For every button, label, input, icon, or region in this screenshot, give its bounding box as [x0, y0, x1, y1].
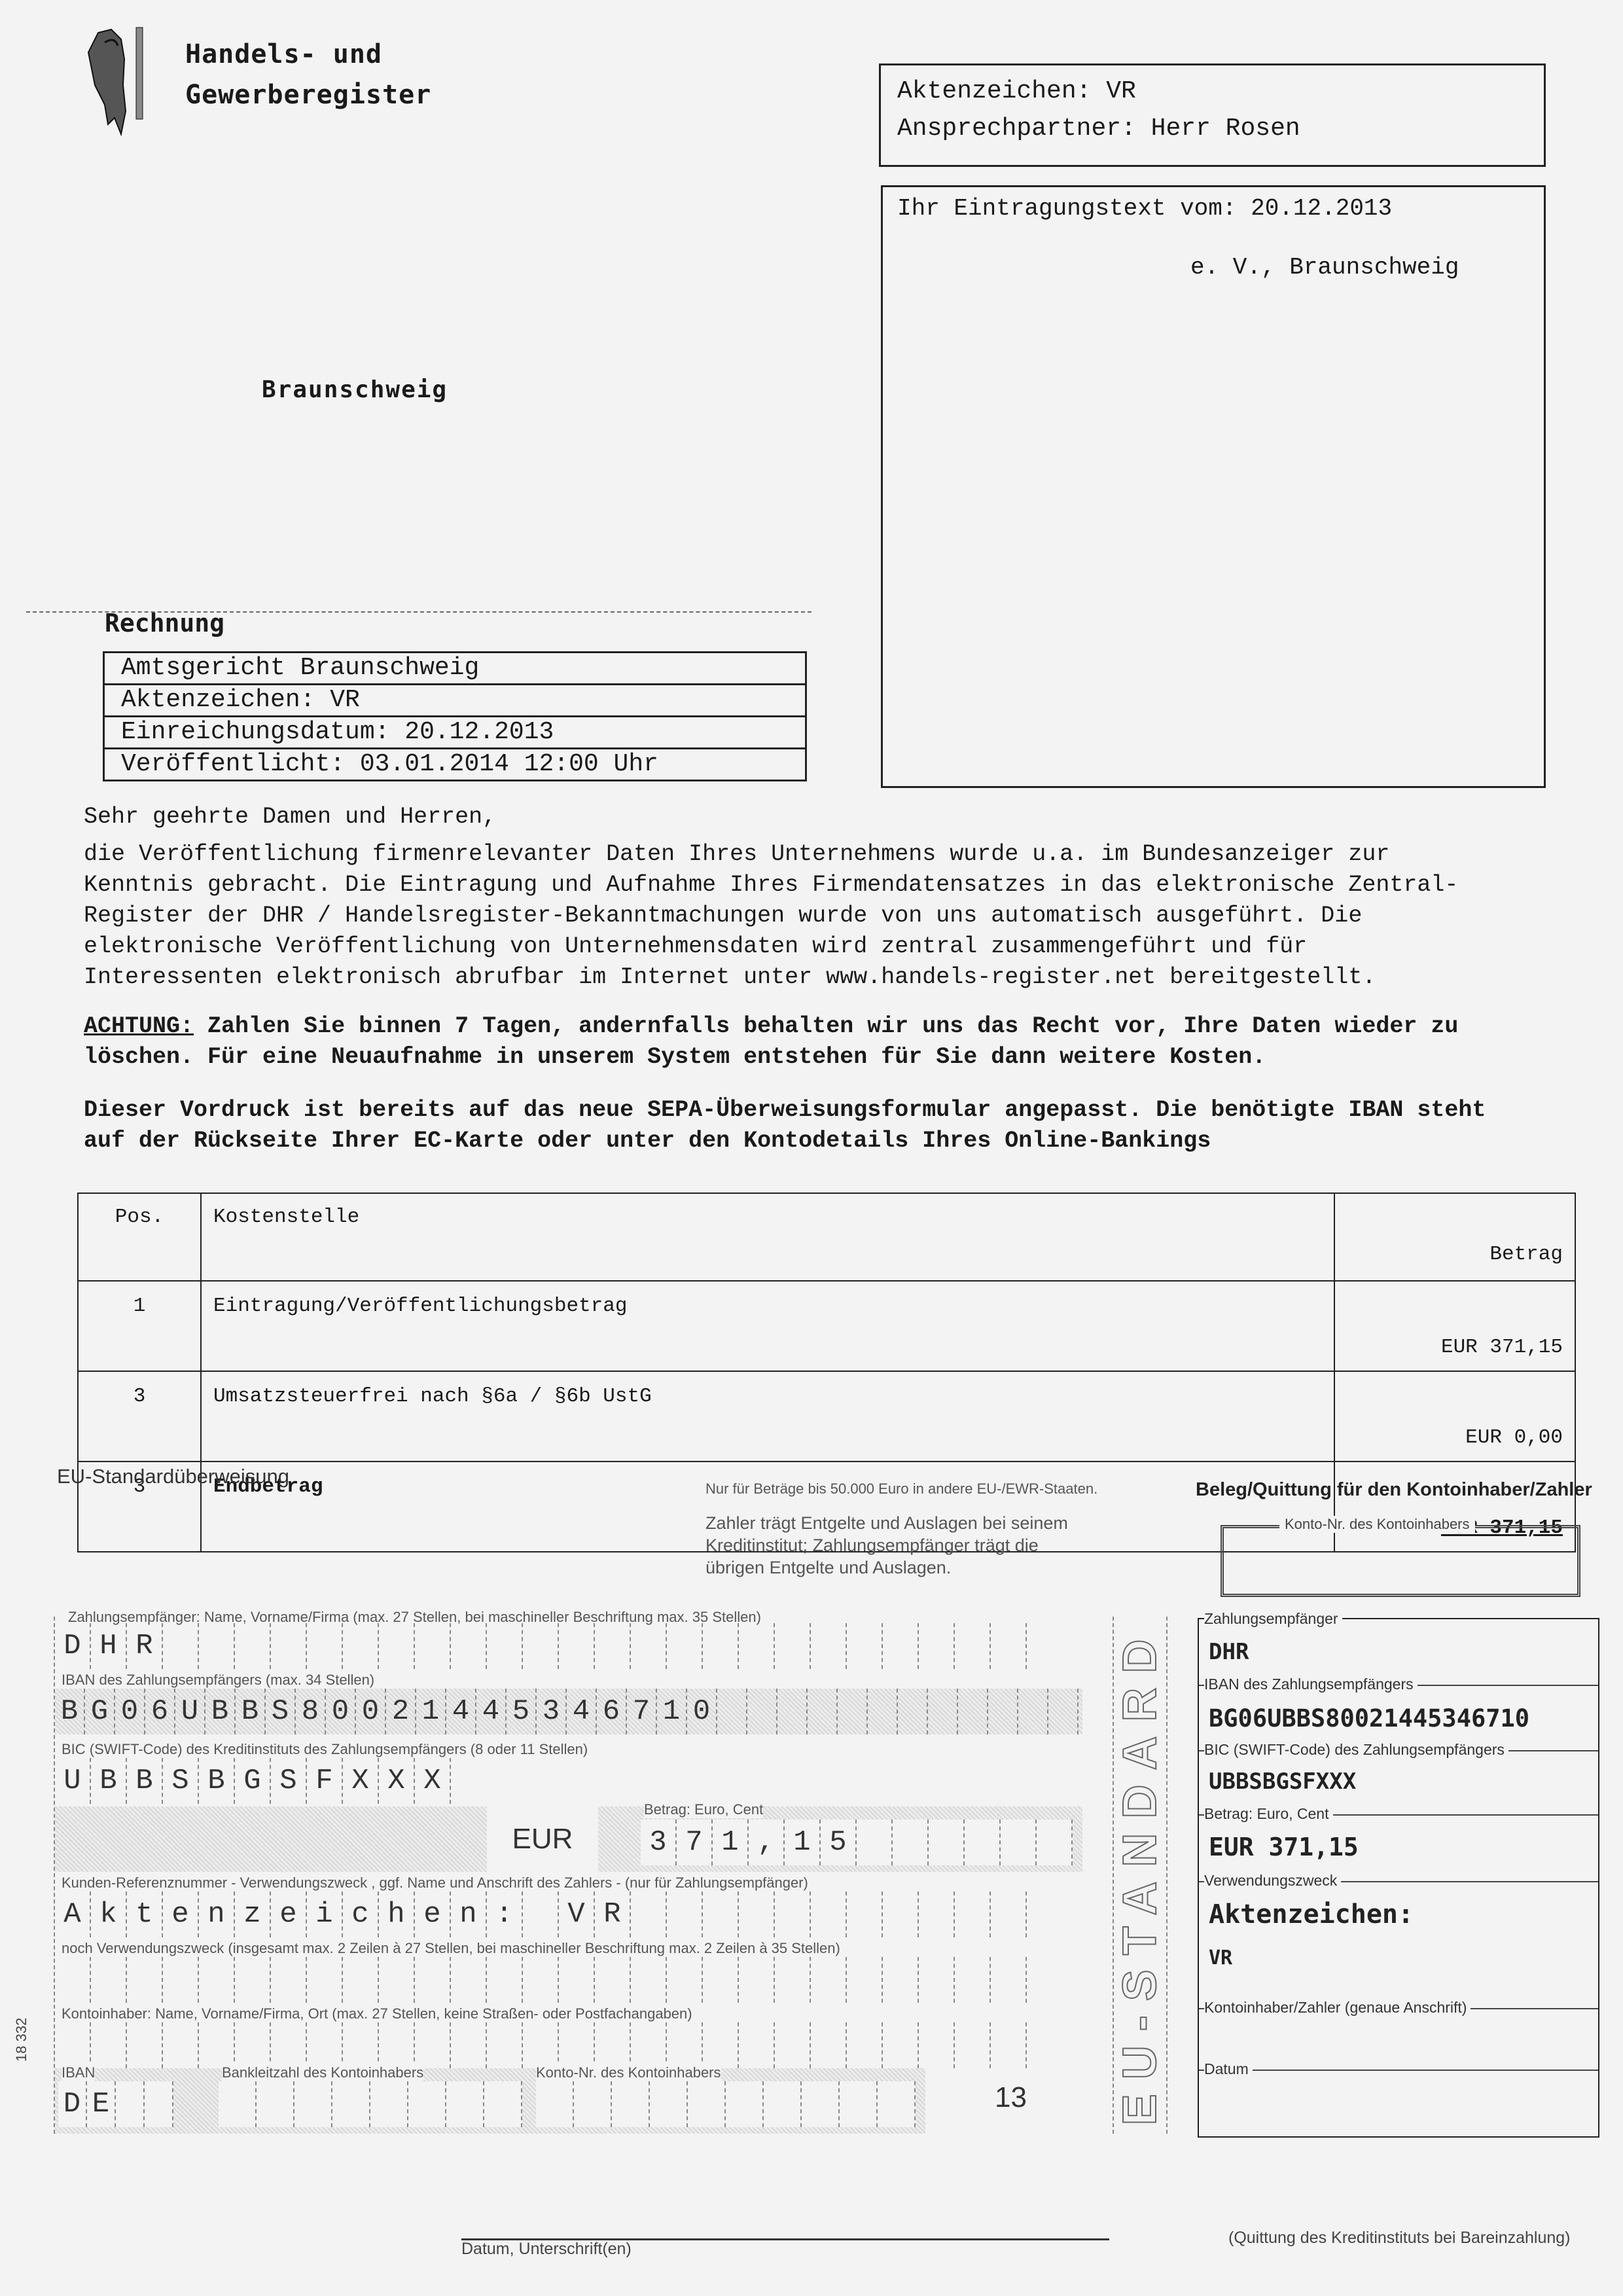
row-amount: EUR 371,15	[1334, 1281, 1575, 1371]
char-cell: S	[266, 1689, 296, 1734]
char-cell	[163, 1623, 199, 1669]
receipt-purpose-line1: Aktenzeichen:	[1209, 1899, 1414, 1929]
char-cell: S	[163, 1758, 199, 1804]
signature-label: Datum, Unterschrift(en)	[461, 2240, 632, 2259]
account-holder-field[interactable]	[55, 2022, 1027, 2068]
char-cell	[991, 1623, 1027, 1669]
receipt-payee: DHR	[1209, 1639, 1249, 1665]
entry-company: e. V., Braunschweig	[1190, 254, 1459, 281]
char-cell	[631, 2022, 667, 2068]
iban-label: IBAN des Zahlungsempfängers (max. 34 Ste…	[62, 1672, 374, 1689]
char-cell	[415, 2022, 451, 2068]
char-cell	[667, 2022, 703, 2068]
char-cell	[451, 1957, 487, 2003]
char-cell	[965, 1820, 1001, 1865]
char-cell	[235, 1623, 271, 1669]
char-cell: h	[379, 1892, 415, 1937]
char-cell	[415, 1623, 451, 1669]
invoice-info-table: Amtsgericht Braunschweig Aktenzeichen: V…	[103, 651, 807, 781]
char-cell	[955, 1623, 991, 1669]
char-cell: D	[58, 2081, 87, 2127]
char-cell	[739, 1623, 775, 1669]
char-cell: 3	[537, 1689, 567, 1734]
char-cell	[838, 1689, 868, 1734]
char-cell: n	[451, 1892, 487, 1937]
amount-field[interactable]: 371,15	[641, 1820, 1073, 1865]
char-cell: i	[307, 1892, 343, 1937]
char-cell	[379, 1623, 415, 1669]
char-cell	[127, 1957, 163, 2003]
char-cell: 0	[687, 1689, 717, 1734]
char-cell	[847, 1623, 883, 1669]
char-cell	[650, 2081, 688, 2127]
char-cell	[145, 2081, 173, 2127]
account-no-field[interactable]	[536, 2081, 916, 2127]
char-cell	[775, 2022, 811, 2068]
receipt-bic: UBBSBGSFXXX	[1209, 1768, 1356, 1795]
reference-box: Aktenzeichen: VR Ansprechpartner: Herr R…	[879, 63, 1546, 167]
entry-text-box: Ihr Eintragungstext vom: 20.12.2013 e. V…	[881, 185, 1546, 788]
char-cell	[332, 2081, 370, 2127]
char-cell	[919, 1892, 955, 1937]
char-cell	[415, 1957, 451, 2003]
reference2-field[interactable]	[55, 1957, 1027, 2003]
body-line: elektronische Veröffentlichung von Unter…	[84, 931, 1602, 962]
receipt-bic-label: BIC (SWIFT-Code) des Zahlungsempfängers	[1204, 1741, 1508, 1759]
char-cell: F	[307, 1758, 343, 1804]
payer-iban-label: IBAN	[62, 2064, 95, 2081]
char-cell: G	[235, 1758, 271, 1804]
body-line: Register der DHR / Handelsregister-Bekan…	[84, 901, 1602, 931]
char-cell: D	[55, 1623, 91, 1669]
warning-paragraph: ACHTUNG: Zahlen Sie binnen 7 Tagen, ande…	[84, 1011, 1602, 1042]
char-cell	[446, 2081, 484, 2127]
fees-note: Zahler trägt Entgelte und Auslagen bei s…	[705, 1512, 1068, 1579]
char-cell: V	[559, 1892, 595, 1937]
invoice-published: Veröffentlicht: 03.01.2014 12:00 Uhr	[105, 749, 805, 780]
char-cell	[811, 1892, 847, 1937]
char-cell: 7	[627, 1689, 657, 1734]
char-cell	[307, 2022, 343, 2068]
char-cell	[163, 2022, 199, 2068]
row-item: Eintragung/Veröffentlichungsbetrag	[201, 1281, 1334, 1371]
char-cell: 6	[145, 1689, 175, 1734]
char-cell	[559, 2022, 595, 2068]
char-cell	[811, 1623, 847, 1669]
char-cell	[955, 2022, 991, 2068]
char-cell	[747, 1689, 777, 1734]
char-cell	[955, 1957, 991, 2003]
row-item: Umsatzsteuerfrei nach §6a / §6b UstG	[201, 1371, 1334, 1462]
char-cell	[199, 1623, 235, 1669]
char-cell	[163, 1957, 199, 2003]
char-cell	[739, 1892, 775, 1937]
char-cell	[775, 1623, 811, 1669]
char-cell: 4	[476, 1689, 507, 1734]
char-cell	[991, 2022, 1027, 2068]
char-cell	[1018, 1689, 1048, 1734]
char-cell: z	[235, 1892, 271, 1937]
char-cell	[840, 2081, 878, 2127]
char-cell	[408, 2081, 446, 2127]
account-number-field[interactable]	[1221, 1525, 1580, 1597]
char-cell: G	[85, 1689, 115, 1734]
char-cell	[370, 2081, 408, 2127]
char-cell	[612, 2081, 650, 2127]
char-cell	[893, 1820, 929, 1865]
eu-standard-text: EU-STANDARD	[1113, 1625, 1167, 2126]
char-cell	[487, 1957, 523, 2003]
char-cell: B	[236, 1689, 266, 1734]
char-cell	[991, 1957, 1027, 2003]
char-cell	[667, 1892, 703, 1937]
char-cell	[955, 1892, 991, 1937]
char-cell	[523, 1957, 559, 2003]
char-cell: 6	[597, 1689, 627, 1734]
char-cell	[257, 2081, 294, 2127]
char-cell	[379, 2022, 415, 2068]
char-cell	[219, 2081, 257, 2127]
char-cell: 0	[115, 1689, 145, 1734]
entry-date: Ihr Eintragungstext vom: 20.12.2013	[897, 195, 1392, 222]
reference-field[interactable]: Aktenzeichen: VR	[55, 1892, 1027, 1937]
char-cell	[667, 1957, 703, 2003]
organization-title: Handels- und Gewerberegister	[185, 34, 431, 115]
char-cell	[811, 2022, 847, 2068]
char-cell: c	[343, 1892, 379, 1937]
receipt-box: Zahlungsempfänger DHR IBAN des Zahlungse…	[1198, 1618, 1599, 2138]
char-cell: R	[127, 1623, 163, 1669]
char-cell: 4	[567, 1689, 597, 1734]
char-cell	[487, 1623, 523, 1669]
char-cell: X	[343, 1758, 379, 1804]
char-cell	[883, 1892, 919, 1937]
char-cell	[55, 2022, 91, 2068]
bank-code-field[interactable]	[219, 2081, 522, 2127]
char-cell: e	[163, 1892, 199, 1937]
char-cell: 1	[785, 1820, 821, 1865]
payee-field[interactable]: DHR	[55, 1623, 1027, 1669]
invoice-court: Amtsgericht Braunschweig	[105, 653, 805, 685]
body-line: die Veröffentlichung firmenrelevanter Da…	[84, 839, 1602, 870]
account-number-label: Konto-Nr. des Kontoinhabers	[1279, 1516, 1475, 1533]
char-cell	[55, 1957, 91, 2003]
payer-iban-field[interactable]: DE	[58, 2081, 173, 2127]
char-cell	[703, 1623, 739, 1669]
char-cell	[1037, 1820, 1073, 1865]
char-cell: B	[55, 1689, 85, 1734]
receipt-iban-label: IBAN des Zahlungsempfängers	[1204, 1676, 1418, 1693]
reference-label: Kunden-Referenznummer - Verwendungszweck…	[62, 1874, 808, 1892]
bank-receipt-label: (Quittung des Kreditinstituts bei Barein…	[1228, 2229, 1571, 2248]
row-pos: 3	[78, 1371, 201, 1462]
char-cell: S	[271, 1758, 307, 1804]
char-cell	[988, 1689, 1018, 1734]
char-cell	[631, 1957, 667, 2003]
char-cell	[595, 1623, 631, 1669]
char-cell: 0	[356, 1689, 386, 1734]
char-cell: k	[91, 1892, 127, 1937]
char-cell	[199, 1957, 235, 2003]
currency-box: EUR	[487, 1806, 598, 1872]
char-cell	[91, 1957, 127, 2003]
char-cell	[883, 1957, 919, 2003]
char-cell: 1	[416, 1689, 446, 1734]
warning-line: löschen. Für eine Neuaufnahme in unserem…	[84, 1042, 1602, 1073]
char-cell: ,	[749, 1820, 785, 1865]
char-cell	[898, 1689, 928, 1734]
receipt-title: Beleg/Quittung für den Kontoinhaber/Zahl…	[1196, 1479, 1592, 1501]
warning-line: Zahlen Sie binnen 7 Tagen, andernfalls b…	[194, 1013, 1458, 1039]
char-cell	[811, 1957, 847, 2003]
char-cell	[919, 1957, 955, 2003]
char-cell	[883, 1623, 919, 1669]
char-cell	[574, 2081, 612, 2127]
form-number: 13	[995, 2081, 1027, 2114]
eagle-coat-of-arms-icon	[85, 26, 157, 137]
char-cell	[883, 2022, 919, 2068]
char-cell	[379, 1957, 415, 2003]
char-cell	[928, 1689, 958, 1734]
char-cell	[1001, 1820, 1037, 1865]
char-cell: B	[127, 1758, 163, 1804]
char-cell: U	[55, 1758, 91, 1804]
char-cell: 2	[386, 1689, 416, 1734]
char-cell	[919, 2022, 955, 2068]
char-cell	[307, 1957, 343, 2003]
char-cell	[1048, 1689, 1079, 1734]
row-amount: EUR 0,00	[1334, 1371, 1575, 1462]
char-cell	[343, 2022, 379, 2068]
char-cell	[775, 1892, 811, 1937]
header-amount: Betrag	[1334, 1193, 1575, 1281]
greeting: Sehr geehrte Damen und Herren,	[84, 802, 1602, 833]
account-holder-label: Kontoinhaber: Name, Vorname/Firma, Ort (…	[62, 2005, 692, 2022]
char-cell	[536, 2081, 574, 2127]
char-cell	[487, 2022, 523, 2068]
char-cell: 4	[446, 1689, 476, 1734]
char-cell: X	[379, 1758, 415, 1804]
char-cell	[857, 1820, 893, 1865]
char-cell: 5	[821, 1820, 857, 1865]
char-cell: 3	[641, 1820, 677, 1865]
char-cell	[484, 2081, 522, 2127]
char-cell	[343, 1957, 379, 2003]
reference-aktenzeichen: Aktenzeichen: VR	[897, 77, 1136, 105]
char-cell	[919, 1623, 955, 1669]
char-cell	[717, 1689, 747, 1734]
invoice-title: Rechnung	[105, 609, 224, 637]
row-pos: 1	[78, 1281, 201, 1371]
char-cell: X	[415, 1758, 451, 1804]
receipt-purpose-label: Verwendungszweck	[1204, 1872, 1341, 1890]
char-cell	[559, 1623, 595, 1669]
body-line: Interessenten elektronisch abrufbar im I…	[84, 962, 1602, 993]
char-cell	[451, 2022, 487, 2068]
char-cell	[991, 1892, 1027, 1937]
receipt-iban: BG06UBBS80021445346710	[1209, 1704, 1529, 1732]
char-cell	[631, 1892, 667, 1937]
char-cell	[808, 1689, 838, 1734]
char-cell	[199, 2022, 235, 2068]
char-cell	[777, 1689, 808, 1734]
receipt-date-label: Datum	[1204, 2060, 1253, 2078]
transfer-form-title: EU-Standardüberweisung	[57, 1465, 289, 1488]
char-cell: H	[91, 1623, 127, 1669]
iban-field[interactable]: BG06UBBS80021445346710	[55, 1689, 1082, 1734]
receipt-payer-label: Kontoinhaber/Zahler (genaue Anschrift)	[1204, 1999, 1471, 2017]
char-cell	[559, 1957, 595, 2003]
receipt-purpose-line2: VR	[1209, 1946, 1232, 1969]
char-cell	[235, 1957, 271, 2003]
char-cell	[878, 2081, 916, 2127]
char-cell: :	[487, 1892, 523, 1937]
char-cell: t	[127, 1892, 163, 1937]
char-cell	[523, 1892, 559, 1937]
receipt-amount: EUR 371,15	[1209, 1833, 1359, 1861]
char-cell	[271, 2022, 307, 2068]
char-cell	[847, 1892, 883, 1937]
header-pos: Pos.	[78, 1193, 201, 1281]
char-cell	[703, 1957, 739, 2003]
char-cell	[847, 2022, 883, 2068]
char-cell	[764, 2081, 802, 2127]
eu-standard-vertical-label: EU-STANDARD	[1113, 1617, 1168, 2134]
char-cell: n	[199, 1892, 235, 1937]
char-cell: B	[205, 1689, 236, 1734]
char-cell: e	[415, 1892, 451, 1937]
receipt-amount-label: Betrag: Euro, Cent	[1204, 1805, 1333, 1823]
char-cell	[802, 2081, 840, 2127]
char-cell: 8	[296, 1689, 326, 1734]
char-cell: B	[199, 1758, 235, 1804]
invoice-submission-date: Einreichungsdatum: 20.12.2013	[105, 717, 805, 749]
char-cell	[667, 1623, 703, 1669]
bic-field[interactable]: UBBSBGSFXXX	[55, 1758, 451, 1804]
char-cell: R	[595, 1892, 631, 1937]
table-row: 1 Eintragung/Veröffentlichungsbetrag EUR…	[78, 1281, 1575, 1371]
char-cell	[929, 1820, 965, 1865]
char-cell: 0	[326, 1689, 356, 1734]
receipt-payee-label: Zahlungsempfänger	[1204, 1610, 1342, 1628]
amount-limit-note: Nur für Beträge bis 50.000 Euro in ander…	[705, 1480, 1097, 1498]
char-cell	[868, 1689, 898, 1734]
letter-body: Sehr geehrte Damen und Herren, die Veröf…	[84, 802, 1602, 1157]
char-cell: e	[271, 1892, 307, 1937]
char-cell: U	[175, 1689, 205, 1734]
char-cell	[739, 1957, 775, 2003]
form-side-code: 18 332	[13, 2018, 30, 2062]
char-cell: 1	[713, 1820, 749, 1865]
transfer-form: Zahlungsempfänger: Name, Vorname/Firma (…	[54, 1617, 1102, 2134]
char-cell	[294, 2081, 332, 2127]
body-line: Kenntnis gebracht. Die Eintragung und Au…	[84, 870, 1602, 901]
amount-label: Betrag: Euro, Cent	[644, 1801, 763, 1818]
char-cell	[271, 1623, 307, 1669]
char-cell	[271, 1957, 307, 2003]
char-cell	[703, 1892, 739, 1937]
char-cell	[958, 1689, 988, 1734]
char-cell	[595, 2022, 631, 2068]
char-cell	[523, 2022, 559, 2068]
char-cell: 5	[507, 1689, 537, 1734]
char-cell	[91, 2022, 127, 2068]
recipient-city: Braunschweig	[262, 376, 448, 403]
bic-label: BIC (SWIFT-Code) des Kreditinstituts des…	[62, 1741, 588, 1758]
header-item: Kostenstelle	[201, 1193, 1334, 1281]
char-cell	[127, 2022, 163, 2068]
reference-contact: Ansprechpartner: Herr Rosen	[897, 115, 1300, 143]
char-cell	[726, 2081, 764, 2127]
char-cell	[703, 2022, 739, 2068]
char-cell	[739, 2022, 775, 2068]
bank-code-label: Bankleitzahl des Kontoinhabers	[222, 2064, 423, 2081]
char-cell	[307, 1623, 343, 1669]
char-cell	[343, 1623, 379, 1669]
char-cell: B	[91, 1758, 127, 1804]
warning-label: ACHTUNG:	[84, 1013, 194, 1039]
char-cell	[688, 2081, 726, 2127]
char-cell	[116, 2081, 145, 2127]
char-cell	[451, 1623, 487, 1669]
char-cell: A	[55, 1892, 91, 1937]
table-header: Pos. Kostenstelle Betrag	[78, 1193, 1575, 1281]
table-row: 3 Umsatzsteuerfrei nach §6a / §6b UstG E…	[78, 1371, 1575, 1462]
reference2-label: noch Verwendungszweck (insgesamt max. 2 …	[62, 1940, 840, 1957]
char-cell	[775, 1957, 811, 2003]
char-cell: 7	[677, 1820, 713, 1865]
invoice-file-number: Aktenzeichen: VR	[105, 685, 805, 717]
char-cell: 1	[657, 1689, 687, 1734]
account-no-label: Konto-Nr. des Kontoinhabers	[536, 2064, 721, 2081]
char-cell	[595, 1957, 631, 2003]
char-cell	[847, 1957, 883, 2003]
char-cell	[523, 1623, 559, 1669]
char-cell: E	[87, 2081, 116, 2127]
char-cell	[631, 1623, 667, 1669]
sepa-line: Dieser Vordruck ist bereits auf das neue…	[84, 1095, 1602, 1126]
char-cell	[235, 2022, 271, 2068]
sepa-line: auf der Rückseite Ihrer EC-Karte oder un…	[84, 1126, 1602, 1157]
